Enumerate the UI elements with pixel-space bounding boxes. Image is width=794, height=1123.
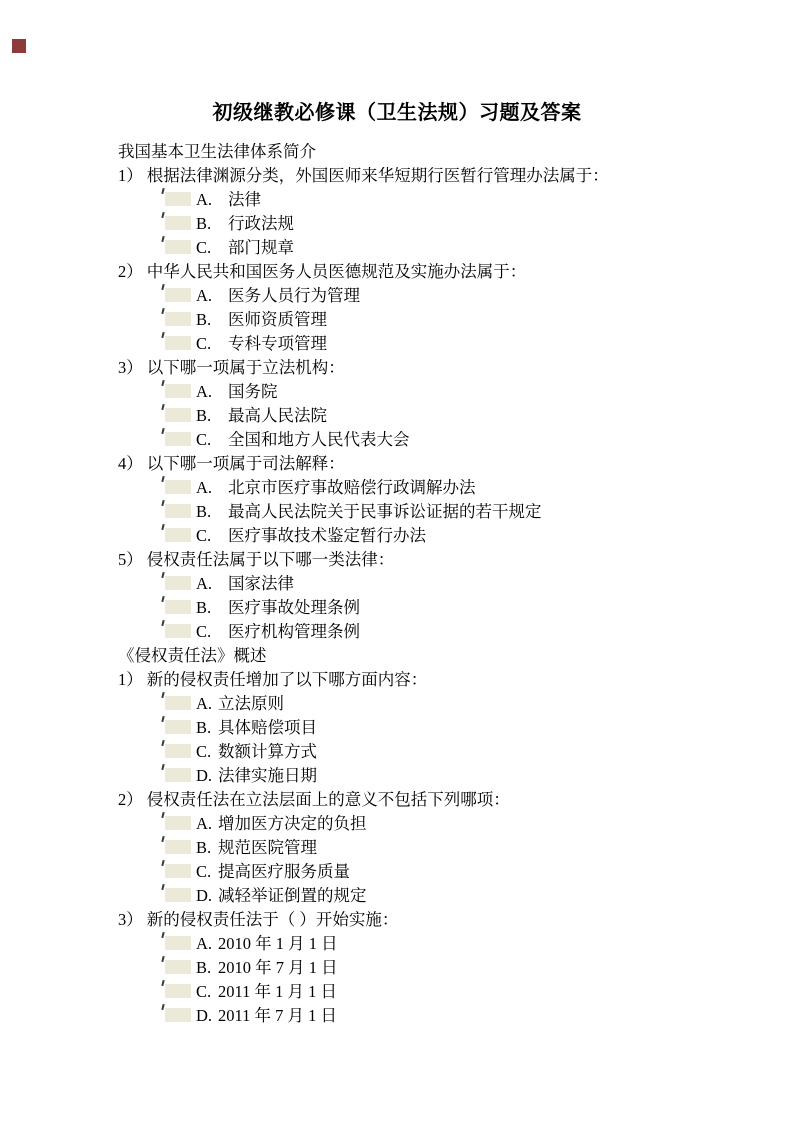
option-row: A.增加医方决定的负担 xyxy=(118,812,676,836)
option-text: 最高人民法院 xyxy=(228,406,327,425)
option-letter: B. xyxy=(196,404,228,428)
option-text: 2011 年 7 月 1 日 xyxy=(218,1006,337,1025)
option-checkbox[interactable] xyxy=(165,408,191,422)
option-text: 数额计算方式 xyxy=(218,742,317,761)
option-letter: A. xyxy=(196,476,228,500)
option-row: B.行政法规 xyxy=(118,212,676,236)
option-letter: A. xyxy=(196,692,218,716)
option-checkbox[interactable] xyxy=(165,1008,191,1022)
option-checkbox[interactable] xyxy=(165,576,191,590)
option-text: 2010 年 1 月 1 日 xyxy=(218,934,338,953)
option-checkbox[interactable] xyxy=(165,744,191,758)
option-row: C.提高医疗服务质量 xyxy=(118,860,676,884)
option-row: C.数额计算方式 xyxy=(118,740,676,764)
question-number: 3） xyxy=(118,908,143,932)
option-row: A.医务人员行为管理 xyxy=(118,284,676,308)
option-text: 国务院 xyxy=(228,382,278,401)
question-number: 1） xyxy=(118,668,143,692)
question-text: 根据法律渊源分类，外国医师来华短期行医暂行管理办法属于： xyxy=(147,166,609,185)
section-heading: 《侵权责任法》概述 xyxy=(118,644,676,668)
option-letter: B. xyxy=(196,500,228,524)
option-row: A.国务院 xyxy=(118,380,676,404)
option-letter: A. xyxy=(196,572,228,596)
question-text: 侵权责任法属于以下哪一类法律： xyxy=(147,550,395,569)
option-checkbox[interactable] xyxy=(165,720,191,734)
option-row: A.法律 xyxy=(118,188,676,212)
option-text: 法律实施日期 xyxy=(218,766,317,785)
option-checkbox[interactable] xyxy=(165,528,191,542)
option-row: C.医疗事故技术鉴定暂行办法 xyxy=(118,524,676,548)
option-text: 提高医疗服务质量 xyxy=(218,862,350,881)
option-row: C.部门规章 xyxy=(118,236,676,260)
option-checkbox[interactable] xyxy=(165,600,191,614)
option-checkbox[interactable] xyxy=(165,840,191,854)
option-text: 具体赔偿项目 xyxy=(218,718,317,737)
option-text: 行政法规 xyxy=(228,214,294,233)
option-checkbox[interactable] xyxy=(165,192,191,206)
question-text: 以下哪一项属于立法机构： xyxy=(147,358,345,377)
option-letter: A. xyxy=(196,932,218,956)
option-checkbox[interactable] xyxy=(165,960,191,974)
option-row: B.最高人民法院关于民事诉讼证据的若干规定 xyxy=(118,500,676,524)
questions-area: 我国基本卫生法律体系简介1）根据法律渊源分类，外国医师来华短期行医暂行管理办法属… xyxy=(118,140,676,1028)
option-row: A.北京市医疗事故赔偿行政调解办法 xyxy=(118,476,676,500)
option-letter: B. xyxy=(196,212,228,236)
option-letter: A. xyxy=(196,188,228,212)
option-row: D.2011 年 7 月 1 日 xyxy=(118,1004,676,1028)
option-letter: B. xyxy=(196,596,228,620)
option-checkbox[interactable] xyxy=(165,936,191,950)
option-letter: C. xyxy=(196,524,228,548)
option-checkbox[interactable] xyxy=(165,432,191,446)
option-row: C.全国和地方人民代表大会 xyxy=(118,428,676,452)
option-checkbox[interactable] xyxy=(165,216,191,230)
document-page: 初级继教必修课（卫生法规）习题及答案 我国基本卫生法律体系简介1）根据法律渊源分… xyxy=(0,0,794,1123)
option-letter: B. xyxy=(196,956,218,980)
option-checkbox[interactable] xyxy=(165,240,191,254)
option-letter: C. xyxy=(196,236,228,260)
option-text: 2011 年 1 月 1 日 xyxy=(218,982,337,1001)
option-text: 部门规章 xyxy=(228,238,294,257)
option-checkbox[interactable] xyxy=(165,288,191,302)
question-text: 新的侵权责任增加了以下哪方面内容： xyxy=(147,670,428,689)
option-checkbox[interactable] xyxy=(165,696,191,710)
option-text: 国家法律 xyxy=(228,574,294,593)
section-heading: 我国基本卫生法律体系简介 xyxy=(118,140,676,164)
question-number: 3） xyxy=(118,356,143,380)
option-text: 增加医方决定的负担 xyxy=(218,814,367,833)
question-stem: 1）新的侵权责任增加了以下哪方面内容： xyxy=(118,668,676,692)
corner-marker xyxy=(12,39,26,53)
option-row: B.医疗事故处理条例 xyxy=(118,596,676,620)
question-stem: 2）侵权责任法在立法层面上的意义不包括下列哪项： xyxy=(118,788,676,812)
question-stem: 3）新的侵权责任法于（ ）开始实施： xyxy=(118,908,676,932)
option-row: A.国家法律 xyxy=(118,572,676,596)
option-text: 最高人民法院关于民事诉讼证据的若干规定 xyxy=(228,502,542,521)
option-row: B.规范医院管理 xyxy=(118,836,676,860)
option-letter: C. xyxy=(196,428,228,452)
option-checkbox[interactable] xyxy=(165,504,191,518)
option-text: 北京市医疗事故赔偿行政调解办法 xyxy=(228,478,476,497)
option-letter: D. xyxy=(196,764,218,788)
option-checkbox[interactable] xyxy=(165,624,191,638)
option-row: C.专科专项管理 xyxy=(118,332,676,356)
option-row: A.2010 年 1 月 1 日 xyxy=(118,932,676,956)
option-letter: C. xyxy=(196,740,218,764)
option-letter: A. xyxy=(196,380,228,404)
option-letter: D. xyxy=(196,1004,218,1028)
question-number: 2） xyxy=(118,260,143,284)
option-text: 2010 年 7 月 1 日 xyxy=(218,958,338,977)
option-row: B.具体赔偿项目 xyxy=(118,716,676,740)
option-checkbox[interactable] xyxy=(165,336,191,350)
option-text: 规范医院管理 xyxy=(218,838,317,857)
option-text: 全国和地方人民代表大会 xyxy=(228,430,410,449)
question-stem: 2）中华人民共和国医务人员医德规范及实施办法属于： xyxy=(118,260,676,284)
option-letter: C. xyxy=(196,980,218,1004)
option-letter: B. xyxy=(196,308,228,332)
question-text: 新的侵权责任法于（ ）开始实施： xyxy=(147,910,399,929)
question-text: 中华人民共和国医务人员医德规范及实施办法属于： xyxy=(147,262,527,281)
question-number: 4） xyxy=(118,452,143,476)
option-letter: C. xyxy=(196,332,228,356)
option-letter: C. xyxy=(196,620,228,644)
option-letter: B. xyxy=(196,716,218,740)
option-row: B.2010 年 7 月 1 日 xyxy=(118,956,676,980)
question-stem: 1）根据法律渊源分类，外国医师来华短期行医暂行管理办法属于： xyxy=(118,164,676,188)
option-row: D.法律实施日期 xyxy=(118,764,676,788)
option-text: 减轻举证倒置的规定 xyxy=(218,886,367,905)
option-checkbox[interactable] xyxy=(165,816,191,830)
option-row: B.医师资质管理 xyxy=(118,308,676,332)
option-text: 医疗事故处理条例 xyxy=(228,598,360,617)
question-stem: 5）侵权责任法属于以下哪一类法律： xyxy=(118,548,676,572)
option-letter: C. xyxy=(196,860,218,884)
option-text: 医疗机构管理条例 xyxy=(228,622,360,641)
option-row: D.减轻举证倒置的规定 xyxy=(118,884,676,908)
question-text: 侵权责任法在立法层面上的意义不包括下列哪项： xyxy=(147,790,510,809)
option-row: C.2011 年 1 月 1 日 xyxy=(118,980,676,1004)
option-text: 专科专项管理 xyxy=(228,334,327,353)
option-letter: D. xyxy=(196,884,218,908)
option-checkbox[interactable] xyxy=(165,768,191,782)
question-number: 2） xyxy=(118,788,143,812)
question-number: 1） xyxy=(118,164,143,188)
question-text: 以下哪一项属于司法解释： xyxy=(147,454,345,473)
option-text: 医师资质管理 xyxy=(228,310,327,329)
option-text: 立法原则 xyxy=(218,694,284,713)
option-text: 医务人员行为管理 xyxy=(228,286,360,305)
option-letter: A. xyxy=(196,284,228,308)
option-checkbox[interactable] xyxy=(165,384,191,398)
question-stem: 4）以下哪一项属于司法解释： xyxy=(118,452,676,476)
question-stem: 3）以下哪一项属于立法机构： xyxy=(118,356,676,380)
option-checkbox[interactable] xyxy=(165,312,191,326)
document-content: 初级继教必修课（卫生法规）习题及答案 我国基本卫生法律体系简介1）根据法律渊源分… xyxy=(118,100,676,1028)
page-title: 初级继教必修课（卫生法规）习题及答案 xyxy=(118,100,676,127)
option-row: B.最高人民法院 xyxy=(118,404,676,428)
option-text: 法律 xyxy=(228,190,261,209)
option-checkbox[interactable] xyxy=(165,864,191,878)
option-row: A.立法原则 xyxy=(118,692,676,716)
question-number: 5） xyxy=(118,548,143,572)
option-checkbox[interactable] xyxy=(165,984,191,998)
option-checkbox[interactable] xyxy=(165,480,191,494)
option-letter: B. xyxy=(196,836,218,860)
option-row: C.医疗机构管理条例 xyxy=(118,620,676,644)
option-letter: A. xyxy=(196,812,218,836)
option-checkbox[interactable] xyxy=(165,888,191,902)
option-text: 医疗事故技术鉴定暂行办法 xyxy=(228,526,426,545)
